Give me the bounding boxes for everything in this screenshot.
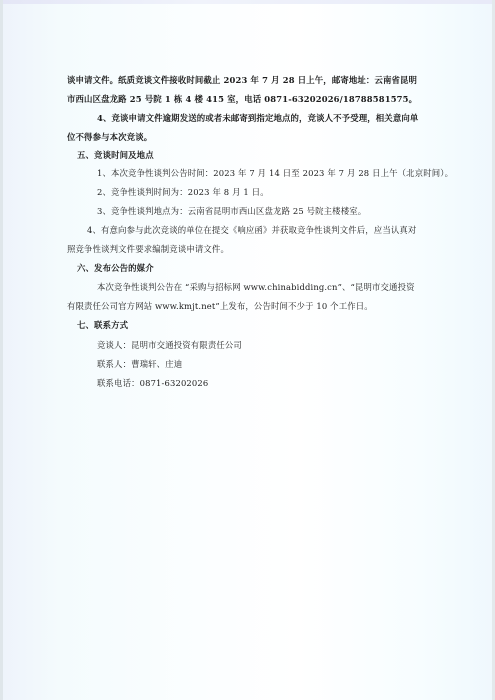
section6-heading: 六、发布公告的媒介 (77, 262, 154, 274)
section6-text-line-2: 有限责任公司官方网站 www.kmjt.net”上发布，公告时间不少于 10 个… (67, 300, 373, 312)
section5-heading: 五、竞谈时间及地点 (77, 149, 154, 161)
section4-item4-line-2: 位不得参与本次竞谈。 (67, 131, 152, 143)
section5-item-1: 1、本次竞争性谈判公告时间：2023 年 7 月 14 日至 2023 年 7 … (97, 167, 453, 179)
section5-item-3: 3、竞争性谈判地点为：云南省昆明市西山区盘龙路 25 号院主楼楼室。 (97, 205, 366, 217)
section7-heading: 七、联系方式 (77, 319, 128, 331)
section5-item4-line-1: 4、有意向参与此次竞谈的单位在提交《响应函》并获取竞争性谈判文件后，应当认真对 (87, 224, 416, 236)
section6-text-line-1: 本次竞争性谈判公告在 “采购与招标网 www.chinabidding.cn”、… (97, 281, 415, 293)
section4-text-line-2: 市西山区盘龙路 25 号院 1 栋 4 楼 415 室，电话 0871-6320… (67, 93, 417, 105)
page-left-edge (0, 0, 3, 700)
section5-item4-line-2: 照竞争性谈判文件要求编制竞谈申请文件。 (67, 243, 229, 255)
contact-persons: 联系人：曹瑞轩、庄迪 (97, 358, 182, 370)
contact-phone: 联系电话：0871-63202026 (97, 377, 208, 389)
contact-negotiator: 竞谈人：昆明市交通投资有限责任公司 (97, 339, 242, 351)
page-top-edge (0, 0, 495, 4)
section4-text-line-1: 谈申请文件。纸质竞谈文件接收时间截止 2023 年 7 月 28 日上午，邮寄地… (67, 74, 417, 86)
section4-item4-line-1: 4、竞谈申请文件逾期发送的或者未邮寄到指定地点的，竞谈人不予受理，相关意向单 (97, 112, 418, 124)
section5-item-2: 2、竞争性谈判时间为：2023 年 8 月 1 日。 (97, 186, 269, 198)
